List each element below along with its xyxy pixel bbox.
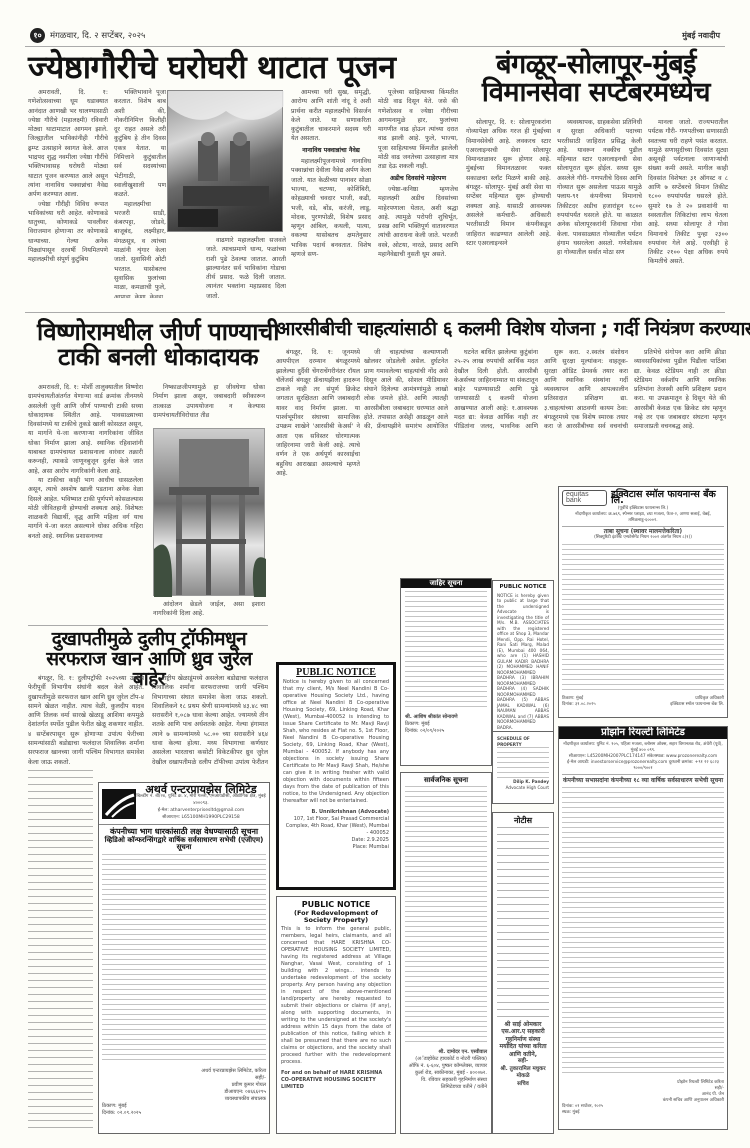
tank-column-1: अमरावती, दि. १: मोर्शी तालुक्यातील विष्ण…	[28, 383, 143, 621]
tank-column-2: निष्काळजीपणामुळे हा जीवघेणा धोका निर्माण…	[153, 383, 265, 423]
edition-name: मुंबई नवादीप	[682, 30, 720, 41]
duleep-column-1: बंगळूर, दि. १: दुलीपट्रॉफी २०२५च्या उपां…	[28, 674, 144, 764]
gauri-column-3: वाढणारे महालक्ष्मीला सजवले जाते. त्याचप्…	[206, 236, 286, 298]
gauri-column-5: पूजेच्या साहित्याच्या किंमतीत मोठी वाढ द…	[378, 88, 458, 298]
tank-headline: विष्णोरामधील जीर्ण पाण्याची टाकी बनली धो…	[28, 320, 288, 370]
prozone-company-name: प्रोझोन रियल्टी लिमिटेड	[559, 727, 727, 739]
gauri-column-2: भक्तिभावाने पूजा करतात. विशेष बाब अशी की…	[114, 88, 166, 298]
section-rule-2	[28, 625, 268, 626]
rcb-headline: आरसीबीची चाहत्यांसाठी ६ कलमी विशेष योजना…	[276, 320, 726, 340]
public-notice-title: PUBLIC NOTICE	[283, 669, 389, 676]
tank-column-2-end: आंदोलन छेडले जाईल, असा इशारा नागरिकांनी …	[153, 600, 265, 622]
page-number: १०	[30, 28, 45, 43]
prozone-realty-agm-notice: प्रोझोन रियल्टी लिमिटेड नोंदणीकृत कार्या…	[558, 726, 728, 1130]
prozone-notice-title: कंपनीच्या सभासदांना कंपनीच्या १८ व्या वा…	[562, 778, 724, 784]
atharv-enterprises-notice: अथर्व एन्टरप्रायझेस लिमिटेड बिल्डींग नं.…	[98, 782, 270, 1134]
atharv-logo-icon	[102, 789, 136, 819]
issue-date: मंगळवार, दि. २ सप्टेंबर, २०२५	[50, 30, 145, 41]
airline-column-3: मानला जातो. राज्यभरातील पर्यटक गौरी- गणप…	[648, 118, 728, 298]
gauri-headline: ज्येष्ठागौरीचे घरोघरी थाटात पूजन	[28, 51, 458, 85]
water-tank-image	[154, 429, 266, 597]
rcb-column-2: जी चाहत्यांच्या कल्याणाशी खोलवर जोडलेली …	[364, 348, 448, 432]
decorated-idols-image	[168, 91, 284, 233]
gauri-column-1: अमरावती, दि. १: गणेशोत्सवाच्या धूम धडाक्…	[28, 88, 108, 298]
atharv-company-name: अथर्व एन्टरप्रायझेस लिमिटेड	[136, 786, 266, 793]
marathi-notice-sai-omkar: नोटीस श्री साई ओमकार एस.आर.ए सहकारी गृहन…	[492, 812, 554, 1134]
airline-headline: बंगळूर-सोलापूर-मुंबई विमानसेवा सप्टेंबरम…	[466, 51, 726, 108]
section-rule-1	[25, 312, 725, 313]
public-notice-share-certificate: PUBLIC NOTICE Notice is hereby given to …	[276, 662, 396, 890]
airline-column-2: व्यवस्थापक, ग्राहकसेवा प्रतिनिधी व सुरक्…	[557, 118, 642, 298]
gauri-subhead-naivedya: नानाविध पक्वान्नांचा नैवेद्य	[291, 146, 371, 155]
atharv-notice-title: कंपनीच्या भाग धारकांसाठी लक्ष वेधण्यासाठ…	[102, 828, 266, 835]
gauri-column-4: आमच्या घरी सुख, समृद्धी, आरोग्य आणि शांत…	[291, 88, 371, 298]
water-tank-photo	[153, 428, 265, 596]
rcb-column-5: प्रतिभेचे संगोपन करा आणि क्रीडा व्यावसाय…	[634, 348, 726, 458]
public-notice-schedule: SCHEDULE OF PROPERTY Dilip K. Pandey Adv…	[492, 732, 554, 804]
public-notice-title-investigation: PUBLIC NOTICE NOTICE is hereby given to …	[492, 580, 554, 732]
rcb-column-1: बंगळूर, दि. १: जूनमध्ये आयपीएल दरम्यान ब…	[276, 348, 360, 596]
marathi-public-notice-2: सार्वजनिक सूचना श्री. दामोदर एन. एस्वीवा…	[400, 772, 492, 1134]
duleep-continuation-text	[28, 770, 93, 1132]
marathi-public-notice-1: जाहिर सूचना श्री. आशिष श्रीकांत सोनावणे …	[400, 578, 492, 766]
atharv-notice-body	[102, 854, 266, 1064]
prozone-notice-body	[562, 787, 724, 1077]
header-rule	[25, 46, 725, 47]
rcb-column-4: सुरू करा. २.स्वतंत्र संशोधन आणि सुरक्षा …	[544, 348, 628, 432]
gauri-subhead-maherpan: अडीच दिवसांचे माहेरपण	[378, 174, 458, 183]
public-notice-redevelopment: PUBLIC NOTICE (For Redevelopment of Soci…	[276, 896, 396, 1134]
rcb-column-3: घटनेत बाधित झालेल्या कुटुंबांना २५-२५ ला…	[454, 348, 538, 432]
page-folio: १० मंगळवार, दि. २ सप्टेंबर, २०२५	[30, 28, 145, 43]
equitas-company-name: इक्विटास स्मॉल फायनान्स बँक लि.	[611, 492, 724, 504]
gauri-puja-photo	[167, 90, 283, 232]
equitas-logo: equitas bank	[562, 490, 607, 506]
equitas-bank-possession-notice: equitas bank इक्विटास स्मॉल फायनान्स बँक…	[558, 486, 728, 718]
airline-column-1: सोलापूर, दि. १: सोलापूरकरांना गोव्यापेक्…	[466, 118, 551, 298]
duleep-column-2: राष्ट्रीय खेळाडूंमध्ये असलेला बडोद्याचा …	[152, 674, 268, 764]
equitas-notice-body	[562, 544, 724, 694]
